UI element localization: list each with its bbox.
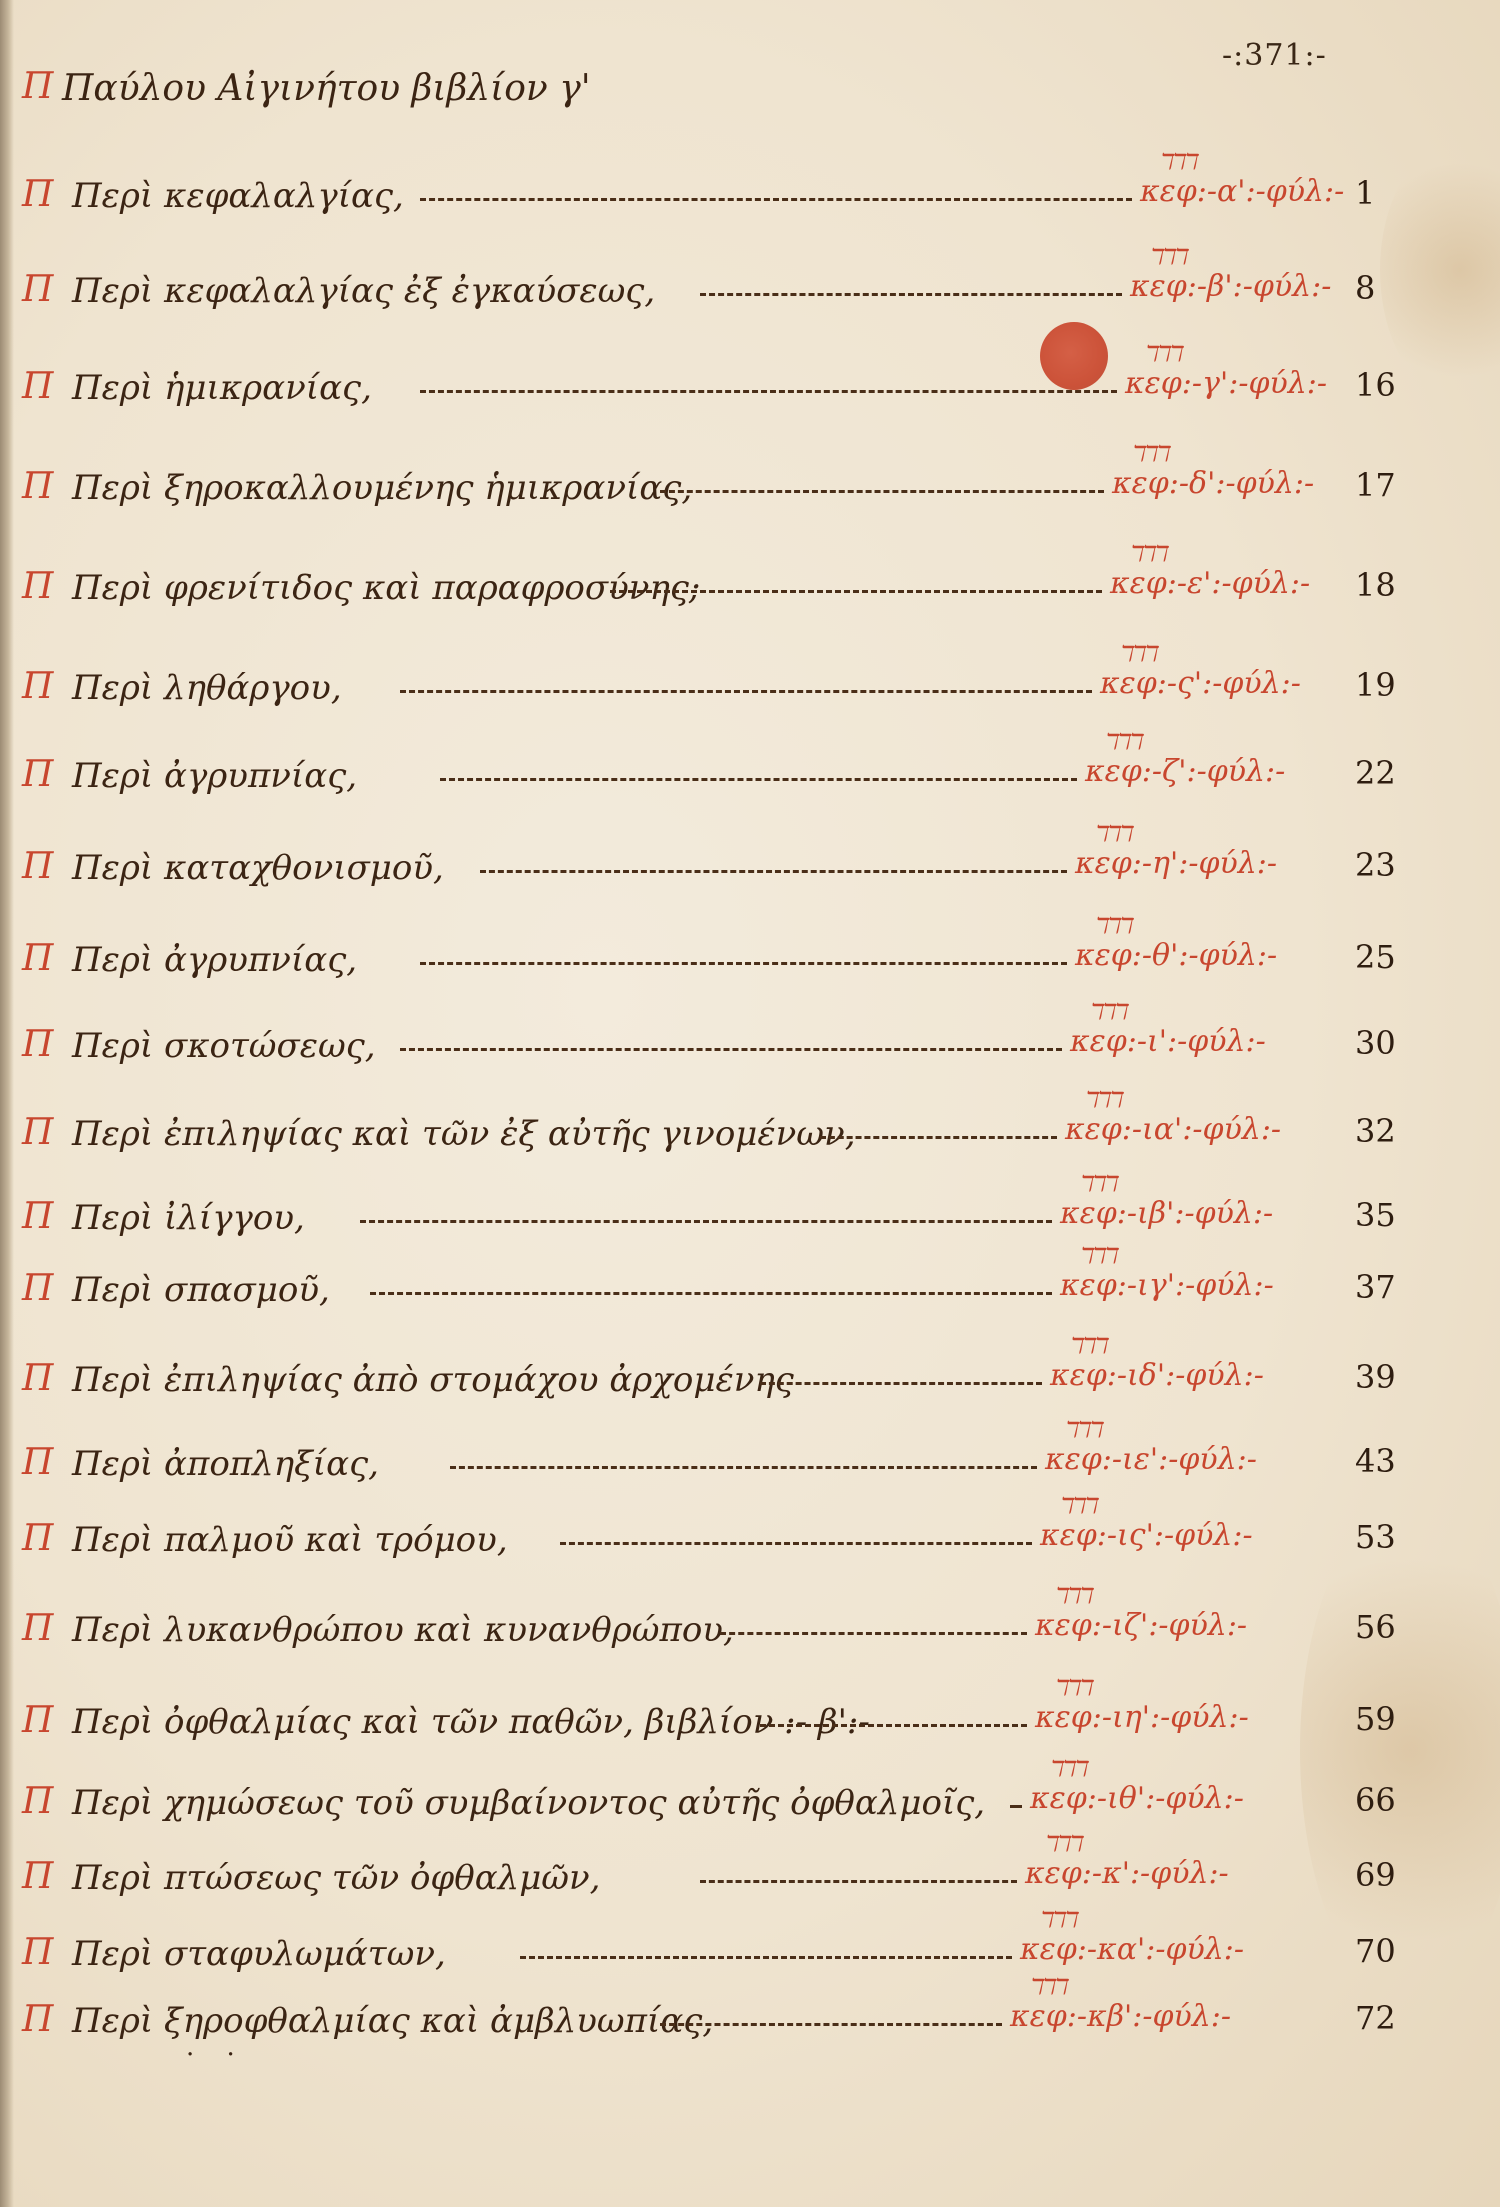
chapter-label: κεφ:-	[1025, 1856, 1102, 1891]
chapter-label: κεφ:-	[1035, 1608, 1112, 1643]
leaf-label: :-φύλ:-	[1165, 1358, 1264, 1393]
entry-title: Περὶ χημώσεως τοῦ συμβαίνοντος αὐτῆς ὀφθ…	[72, 1783, 985, 1823]
rubric-initial: Π	[22, 1781, 53, 1822]
entry-title: Περὶ λυκανθρώπου καὶ κυνανθρώπου,	[72, 1610, 734, 1650]
toc-entry: ΠΠερὶ ἰλίγγου,ℸℸℸκεφ:-ιβ':-φύλ:-35	[0, 1190, 1500, 1250]
entry-title: Περὶ ἐπιληψίας ἀπὸ στομάχου ἀρχομένης	[72, 1360, 794, 1400]
chapter-number: ιβ'	[1137, 1196, 1174, 1231]
rubric-initial: Π	[22, 666, 53, 707]
chapter-number: ε'	[1187, 566, 1211, 601]
toc-entry: ΠΠερὶ καταχθονισμοῦ,ℸℸℸκεφ:-η':-φύλ:-23	[0, 840, 1500, 900]
chapter-reference: ℸℸℸκεφ:-ιη':-φύλ:-	[1035, 1700, 1249, 1735]
leaf-number: 70	[1355, 1932, 1396, 1970]
toc-entry: ΠΠερὶ ξηροκαλλουμένης ἡμικρανίας,ℸℸℸκεφ:…	[0, 460, 1500, 520]
leaf-label: :-φύλ:-	[1130, 1856, 1229, 1891]
abbreviation-mark: ℸℸℸ	[1128, 542, 1165, 567]
leaf-label: :-φύλ:-	[1148, 1608, 1247, 1643]
rubric-initial: Π	[22, 66, 53, 107]
abbreviation-mark: ℸℸℸ	[1063, 1418, 1100, 1443]
entry-title: Περὶ ἀγρυπνίας,	[72, 756, 357, 796]
leaf-number: 43	[1355, 1442, 1396, 1480]
leaf-number: 19	[1355, 666, 1396, 704]
entry-title: Περὶ ὀφθαλμίας καὶ τῶν παθῶν, βιβλίον :-…	[72, 1702, 870, 1742]
rubric-initial: Π	[22, 174, 53, 215]
leaf-label: :-φύλ:-	[1233, 269, 1332, 304]
leaf-label: :-φύλ:-	[1178, 938, 1277, 973]
leader-line	[660, 2023, 1002, 2026]
leaf-label: :-φύλ:-	[1145, 1932, 1244, 1967]
toc-entry: ΠΠερὶ ἀποπληξίας,ℸℸℸκεφ:-ιε':-φύλ:-43	[0, 1436, 1500, 1496]
rubric-initial: Π	[22, 566, 53, 607]
leaf-label: :-φύλ:-	[1145, 1781, 1244, 1816]
abbreviation-mark: ℸℸℸ	[1053, 1676, 1090, 1701]
abbreviation-mark: ℸℸℸ	[1158, 150, 1195, 175]
rubric-initial: Π	[22, 1608, 53, 1649]
book-title: Π Παύλου Αἰγινήτου βιβλίον γ'	[0, 60, 1500, 120]
leader-line	[440, 778, 1077, 781]
toc-entry: ΠΠερὶ ἐπιληψίας καὶ τῶν ἐξ αὐτῆς γινομέν…	[0, 1106, 1500, 1166]
toc-entry: ΠΠερὶ χημώσεως τοῦ συμβαίνοντος αὐτῆς ὀφ…	[0, 1775, 1500, 1835]
entry-title: Περὶ πτώσεως τῶν ὀφθαλμῶν,	[72, 1858, 601, 1898]
chapter-reference: ℸℸℸκεφ:-α':-φύλ:-	[1140, 174, 1344, 209]
rubric-initial: Π	[22, 1442, 53, 1483]
abbreviation-mark: ℸℸℸ	[1093, 822, 1130, 847]
chapter-label: κεφ:-	[1075, 846, 1152, 881]
abbreviation-mark: ℸℸℸ	[1048, 1757, 1085, 1782]
chapter-number: γ'	[1202, 366, 1228, 401]
abbreviation-mark: ℸℸℸ	[1130, 442, 1167, 467]
abbreviation-mark: ℸℸℸ	[1078, 1172, 1115, 1197]
leader-line	[420, 198, 1132, 201]
toc-entry: ΠΠερὶ ἀγρυπνίας,ℸℸℸκεφ:-θ':-φύλ:-25	[0, 932, 1500, 992]
toc-entry: ΠΠερὶ παλμοῦ καὶ τρόμου,ℸℸℸκεφ:-ις':-φύλ…	[0, 1512, 1500, 1572]
leader-line	[610, 590, 1102, 593]
toc-entry: ΠΠερὶ ληθάργου,ℸℸℸκεφ:-ς':-φύλ:-19	[0, 660, 1500, 720]
leader-line	[480, 870, 1067, 873]
leader-line	[420, 390, 1117, 393]
chapter-number: β'	[1207, 269, 1233, 304]
leaf-label: :-φύλ:-	[1246, 174, 1345, 209]
leader-line	[360, 1220, 1052, 1223]
chapter-number: ις'	[1117, 1518, 1154, 1553]
toc-entry: ΠΠερὶ πτώσεως τῶν ὀφθαλμῶν,ℸℸℸκεφ:-κ':-φ…	[0, 1850, 1500, 1910]
leaf-number: 17	[1355, 466, 1396, 504]
rubric-initial: Π	[22, 846, 53, 887]
chapter-label: κεφ:-	[1050, 1358, 1127, 1393]
chapter-number: κα'	[1097, 1932, 1145, 1967]
leaf-label: :-φύλ:-	[1174, 1196, 1273, 1231]
toc-entry: ΠΠερὶ φρενίτιδος καὶ παραφροσύνης;ℸℸℸκεφ…	[0, 560, 1500, 620]
chapter-reference: ℸℸℸκεφ:-κα':-φύλ:-	[1020, 1932, 1244, 1967]
entry-title: Περὶ σκοτώσεως,	[72, 1026, 376, 1066]
rubric-initial: Π	[22, 754, 53, 795]
abbreviation-mark: ℸℸℸ	[1058, 1494, 1095, 1519]
chapter-number: ζ'	[1162, 754, 1187, 789]
leaf-number: 66	[1355, 1781, 1396, 1819]
chapter-reference: ℸℸℸκεφ:-ιε':-φύλ:-	[1045, 1442, 1257, 1477]
chapter-number: η'	[1152, 846, 1178, 881]
chapter-reference: ℸℸℸκεφ:-ς':-φύλ:-	[1100, 666, 1301, 701]
leaf-label: :-φύλ:-	[1182, 1112, 1281, 1147]
leaf-number: 16	[1355, 366, 1396, 404]
entry-title: Περὶ ἀγρυπνίας,	[72, 940, 357, 980]
entry-title: Περὶ ἰλίγγου,	[72, 1198, 305, 1238]
leaf-label: :-φύλ:-	[1150, 1700, 1249, 1735]
leaf-label: :-φύλ:-	[1228, 366, 1327, 401]
entry-title: Περὶ κεφαλαλγίας ἐξ ἐγκαύσεως,	[72, 271, 655, 311]
leaf-number: 69	[1355, 1856, 1396, 1894]
rubric-initial: Π	[22, 1196, 53, 1237]
rubric-initial: Π	[22, 1268, 53, 1309]
toc-entry: ΠΠερὶ κεφαλαλγίας,ℸℸℸκεφ:-α':-φύλ:-1	[0, 168, 1500, 228]
leader-line	[420, 962, 1067, 965]
leader-line	[660, 490, 1104, 493]
rubric-initial: Π	[22, 269, 53, 310]
chapter-reference: ℸℸℸκεφ:-γ':-φύλ:-	[1125, 366, 1327, 401]
chapter-label: κεφ:-	[1035, 1700, 1112, 1735]
chapter-reference: ℸℸℸκεφ:-ις':-φύλ:-	[1040, 1518, 1253, 1553]
abbreviation-mark: ℸℸℸ	[1118, 642, 1155, 667]
book-title-text: Παύλου Αἰγινήτου βιβλίον γ'	[62, 68, 591, 109]
leaf-number: 22	[1355, 754, 1396, 792]
leader-line	[400, 1048, 1062, 1051]
chapter-number: ιε'	[1122, 1442, 1158, 1477]
leaf-number: 25	[1355, 938, 1396, 976]
chapter-label: κεφ:-	[1070, 1024, 1147, 1059]
leaf-label: :-φύλ:-	[1211, 566, 1310, 601]
chapter-label: κεφ:-	[1100, 666, 1177, 701]
chapter-number: δ'	[1189, 466, 1215, 501]
chapter-number: θ'	[1152, 938, 1178, 973]
abbreviation-mark: ℸℸℸ	[1148, 245, 1185, 270]
rubric-initial: Π	[22, 1700, 53, 1741]
leaf-number: 32	[1355, 1112, 1396, 1150]
rubric-initial: Π	[22, 1932, 53, 1973]
chapter-reference: ℸℸℸκεφ:-ιγ':-φύλ:-	[1060, 1268, 1274, 1303]
chapter-reference: ℸℸℸκεφ:-ιθ':-φύλ:-	[1030, 1781, 1244, 1816]
rubric-initial: Π	[22, 938, 53, 979]
leader-line	[720, 1632, 1027, 1635]
leader-line	[760, 1724, 1027, 1727]
entry-title: Περὶ ἀποπληξίας,	[72, 1444, 379, 1484]
leaf-number: 53	[1355, 1518, 1396, 1556]
chapter-label: κεφ:-	[1010, 1999, 1087, 2034]
chapter-label: κεφ:-	[1085, 754, 1162, 789]
leaf-label: :-φύλ:-	[1158, 1442, 1257, 1477]
chapter-number: ς'	[1177, 666, 1202, 701]
chapter-label: κεφ:-	[1020, 1932, 1097, 1967]
chapter-reference: ℸℸℸκεφ:-η':-φύλ:-	[1075, 846, 1277, 881]
chapter-number: ιθ'	[1107, 1781, 1145, 1816]
chapter-reference: ℸℸℸκεφ:-β':-φύλ:-	[1130, 269, 1331, 304]
leaf-label: :-φύλ:-	[1154, 1518, 1253, 1553]
rubric-initial: Π	[22, 1856, 53, 1897]
chapter-number: ιη'	[1112, 1700, 1150, 1735]
leaf-label: :-φύλ:-	[1215, 466, 1314, 501]
entry-title: Περὶ ἡμικρανίας,	[72, 368, 372, 408]
toc-entry: ΠΠερὶ ἡμικρανίας,ℸℸℸκεφ:-γ':-φύλ:-16	[0, 360, 1500, 420]
entry-title: Περὶ ξηροκαλλουμένης ἡμικρανίας,	[72, 468, 692, 508]
chapter-reference: ℸℸℸκεφ:-ζ':-φύλ:-	[1085, 754, 1285, 789]
chapter-number: κ'	[1102, 1856, 1130, 1891]
toc-entry: ΠΠερὶ λυκανθρώπου καὶ κυνανθρώπου,ℸℸℸκεφ…	[0, 1602, 1500, 1662]
chapter-label: κεφ:-	[1045, 1442, 1122, 1477]
toc-entry: ΠΠερὶ σπασμοῦ,ℸℸℸκεφ:-ιγ':-φύλ:-37	[0, 1262, 1500, 1322]
abbreviation-mark: ℸℸℸ	[1093, 914, 1130, 939]
abbreviation-mark: ℸℸℸ	[1028, 1975, 1065, 2000]
leaf-label: :-φύλ:-	[1167, 1024, 1266, 1059]
leader-line	[700, 1880, 1017, 1883]
chapter-reference: ℸℸℸκεφ:-ιδ':-φύλ:-	[1050, 1358, 1264, 1393]
rubric-initial: Π	[22, 1112, 53, 1153]
leader-line	[520, 1956, 1012, 1959]
leaf-label: :-φύλ:-	[1202, 666, 1301, 701]
entry-title: Περὶ φρενίτιδος καὶ παραφροσύνης;	[72, 568, 700, 608]
chapter-label: κεφ:-	[1060, 1196, 1137, 1231]
chapter-number: α'	[1217, 174, 1246, 209]
abbreviation-mark: ℸℸℸ	[1088, 1000, 1125, 1025]
rubric-initial: Π	[22, 1024, 53, 1065]
leaf-number: 8	[1355, 269, 1375, 307]
leaf-number: 72	[1355, 1999, 1396, 2037]
rubric-initial: Π	[22, 1518, 53, 1559]
chapter-number: ια'	[1142, 1112, 1182, 1147]
leaf-number: 56	[1355, 1608, 1396, 1646]
chapter-reference: ℸℸℸκεφ:-ιζ':-φύλ:-	[1035, 1608, 1247, 1643]
entry-title: Περὶ σταφυλωμάτων,	[72, 1934, 446, 1974]
chapter-reference: ℸℸℸκεφ:-ε':-φύλ:-	[1110, 566, 1310, 601]
leaf-number: 30	[1355, 1024, 1396, 1062]
toc-entry: ΠΠερὶ σκοτώσεως,ℸℸℸκεφ:-ι':-φύλ:-30	[0, 1018, 1500, 1078]
toc-entry: ΠΠερὶ σταφυλωμάτων,ℸℸℸκεφ:-κα':-φύλ:-70	[0, 1926, 1500, 1986]
leaf-number: 18	[1355, 566, 1396, 604]
toc-entry: ΠΠερὶ ἀγρυπνίας,ℸℸℸκεφ:-ζ':-φύλ:-22	[0, 748, 1500, 808]
entry-title: Περὶ κεφαλαλγίας,	[72, 176, 404, 216]
chapter-reference: ℸℸℸκεφ:-κβ':-φύλ:-	[1010, 1999, 1231, 2034]
abbreviation-mark: ℸℸℸ	[1043, 1832, 1080, 1857]
entry-title: Περὶ ληθάργου,	[72, 668, 342, 708]
abbreviation-mark: ℸℸℸ	[1078, 1244, 1115, 1269]
chapter-label: κεφ:-	[1040, 1518, 1117, 1553]
chapter-reference: ℸℸℸκεφ:-ιβ':-φύλ:-	[1060, 1196, 1273, 1231]
leaf-label: :-φύλ:-	[1187, 754, 1286, 789]
chapter-label: κεφ:-	[1125, 366, 1202, 401]
chapter-reference: ℸℸℸκεφ:-δ':-φύλ:-	[1112, 466, 1314, 501]
chapter-number: ιγ'	[1137, 1268, 1175, 1303]
chapter-reference: ℸℸℸκεφ:-ια':-φύλ:-	[1065, 1112, 1281, 1147]
rubric-initial: Π	[22, 1999, 53, 2040]
abbreviation-mark: ℸℸℸ	[1143, 342, 1180, 367]
leaf-label: :-φύλ:-	[1175, 1268, 1274, 1303]
chapter-label: κεφ:-	[1112, 466, 1189, 501]
leaf-number: 23	[1355, 846, 1396, 884]
leaf-number: 39	[1355, 1358, 1396, 1396]
chapter-number: κβ'	[1087, 1999, 1132, 2034]
entry-title: Περὶ ξηροφθαλμίας καὶ ἀμβλυωπίας,	[72, 2001, 713, 2041]
leader-line	[560, 1542, 1032, 1545]
leaf-number: 59	[1355, 1700, 1396, 1738]
rubric-initial: Π	[22, 1358, 53, 1399]
chapter-reference: ℸℸℸκεφ:-κ':-φύλ:-	[1025, 1856, 1229, 1891]
chapter-reference: ℸℸℸκεφ:-ι':-φύλ:-	[1070, 1024, 1266, 1059]
chapter-label: κεφ:-	[1060, 1268, 1137, 1303]
abbreviation-mark: ℸℸℸ	[1053, 1584, 1090, 1609]
chapter-number: ι'	[1147, 1024, 1167, 1059]
leader-line	[700, 293, 1122, 296]
leaf-number: 1	[1355, 174, 1375, 212]
chapter-label: κεφ:-	[1030, 1781, 1107, 1816]
chapter-label: κεφ:-	[1110, 566, 1187, 601]
chapter-reference: ℸℸℸκεφ:-θ':-φύλ:-	[1075, 938, 1277, 973]
leaf-label: :-φύλ:-	[1178, 846, 1277, 881]
toc-entry: ΠΠερὶ κεφαλαλγίας ἐξ ἐγκαύσεως,ℸℸℸκεφ:-β…	[0, 263, 1500, 323]
leaf-number: 37	[1355, 1268, 1396, 1306]
abbreviation-mark: ℸℸℸ	[1038, 1908, 1075, 1933]
toc-entry: ΠΠερὶ ἐπιληψίας ἀπὸ στομάχου ἀρχομένηςℸℸ…	[0, 1352, 1500, 1412]
abbreviation-mark: ℸℸℸ	[1083, 1088, 1120, 1113]
chapter-number: ιδ'	[1127, 1358, 1165, 1393]
leaf-number: 35	[1355, 1196, 1396, 1234]
entry-title: Περὶ καταχθονισμοῦ,	[72, 848, 444, 888]
leaf-label: :-φύλ:-	[1132, 1999, 1231, 2034]
chapter-label: κεφ:-	[1075, 938, 1152, 973]
end-dots: · ·	[186, 2040, 247, 2070]
leader-line	[760, 1382, 1042, 1385]
chapter-label: κεφ:-	[1065, 1112, 1142, 1147]
leader-line	[400, 690, 1092, 693]
abbreviation-mark: ℸℸℸ	[1068, 1334, 1105, 1359]
leader-line	[450, 1466, 1037, 1469]
leader-line	[1010, 1805, 1022, 1808]
chapter-number: ιζ'	[1112, 1608, 1148, 1643]
entry-title: Περὶ παλμοῦ καὶ τρόμου,	[72, 1520, 508, 1560]
entry-title: Περὶ σπασμοῦ,	[72, 1270, 330, 1310]
chapter-label: κεφ:-	[1130, 269, 1207, 304]
toc-entry: ΠΠερὶ ὀφθαλμίας καὶ τῶν παθῶν, βιβλίον :…	[0, 1694, 1500, 1754]
abbreviation-mark: ℸℸℸ	[1103, 730, 1140, 755]
rubric-initial: Π	[22, 466, 53, 507]
leader-line	[370, 1292, 1052, 1295]
entry-title: Περὶ ἐπιληψίας καὶ τῶν ἐξ αὐτῆς γινομένω…	[72, 1114, 856, 1154]
chapter-label: κεφ:-	[1140, 174, 1217, 209]
rubric-initial: Π	[22, 366, 53, 407]
leader-line	[820, 1136, 1057, 1139]
